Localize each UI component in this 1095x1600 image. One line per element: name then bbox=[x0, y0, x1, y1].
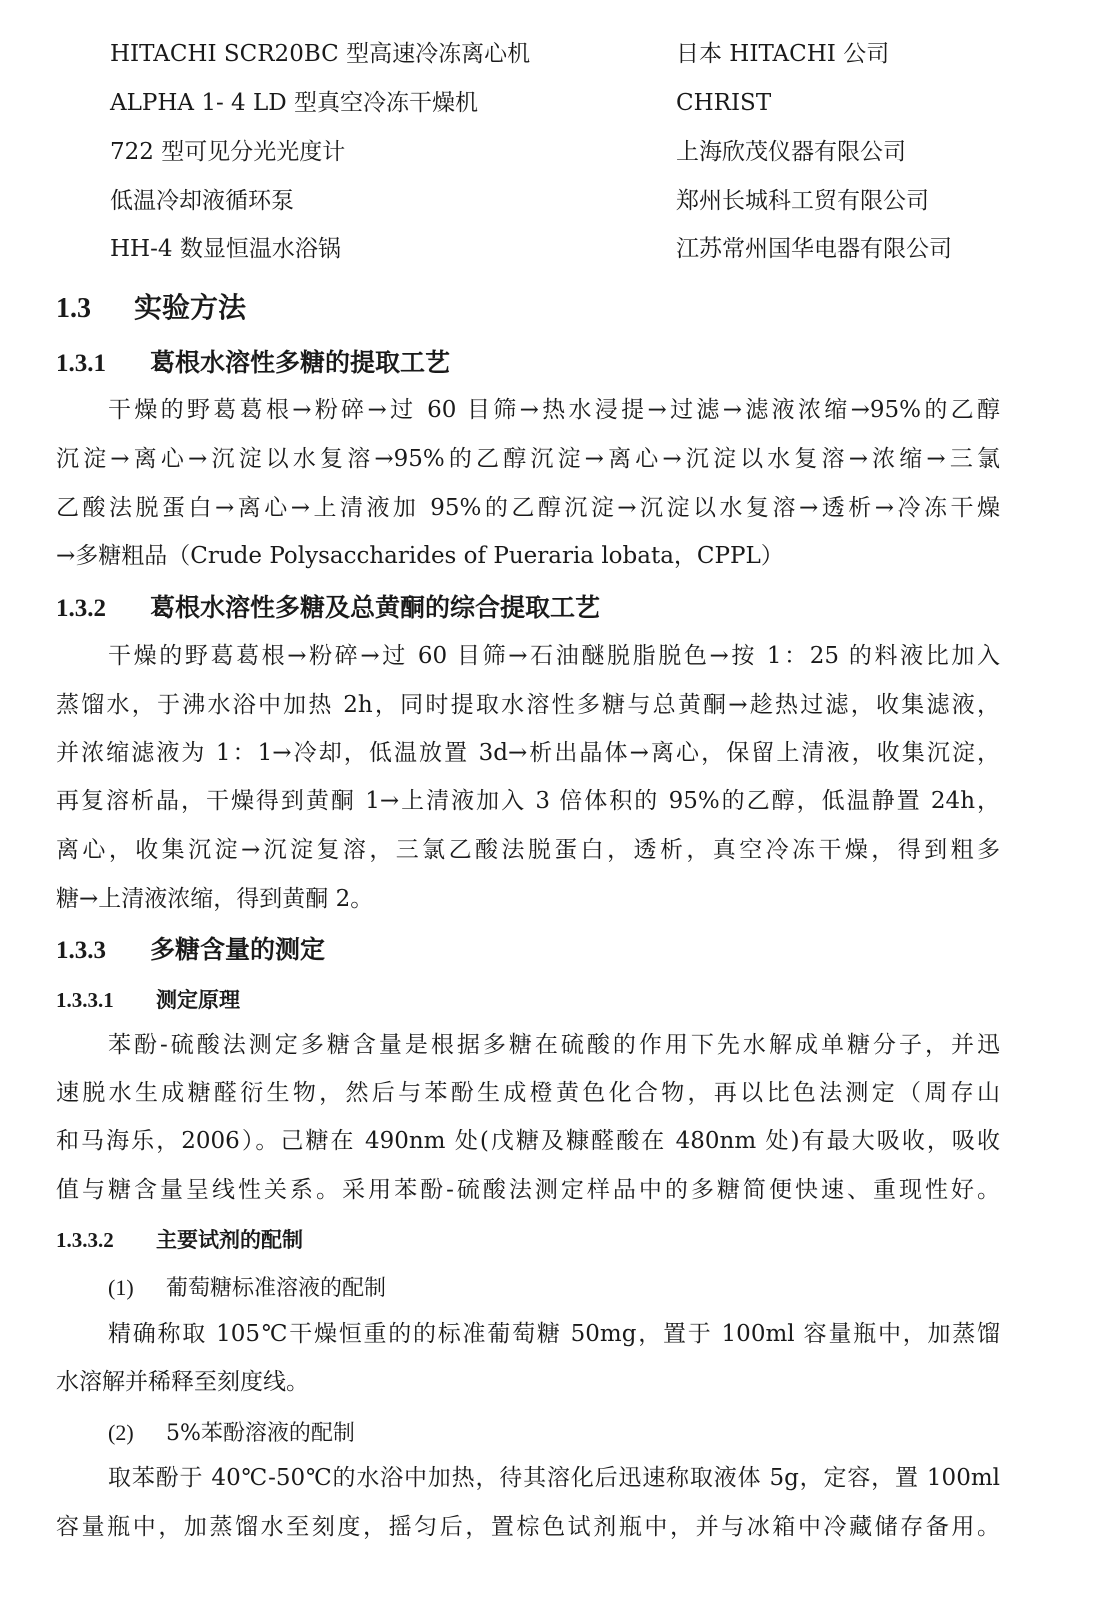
equipment-row: ALPHA 1- 4 LD 型真空冷冻干燥机 CHRIST bbox=[0, 79, 1095, 127]
equipment-maker: 江苏常州国华电器有限公司 bbox=[676, 225, 952, 273]
section-number: 1.3.3 bbox=[56, 937, 150, 965]
paragraph-line: 并浓缩滤液为 1：1→冷却，低温放置 3d→析出晶体→离心，保留上清液，收集沉淀… bbox=[56, 729, 1000, 777]
paragraph-line: 糖→上清液浓缩，得到黄酮 2。 bbox=[56, 875, 1000, 923]
subitem-label: 葡萄糖标准溶液的配制 bbox=[166, 1276, 386, 1301]
equipment-name: 低温冷却液循环泵 bbox=[110, 177, 294, 225]
paragraph-line: 离心，收集沉淀→沉淀复溶，三氯乙酸法脱蛋白，透析，真空冷冻干燥，得到粗多 bbox=[56, 826, 1000, 874]
section-heading-1-3: 1.3实验方法 bbox=[56, 286, 246, 326]
paragraph-line: 再复溶析晶，干燥得到黄酮 1→上清液加入 3 倍体积的 95%的乙醇，低温静置 … bbox=[56, 777, 1000, 825]
equipment-name: ALPHA 1- 4 LD 型真空冷冻干燥机 bbox=[110, 79, 478, 127]
section-heading-1-3-2: 1.3.2葛根水溶性多糖及总黄酮的综合提取工艺 bbox=[56, 588, 600, 624]
subitem-label: 5%苯酚溶液的配制 bbox=[166, 1421, 355, 1446]
equipment-maker: CHRIST bbox=[676, 79, 771, 127]
equipment-row: 低温冷却液循环泵 郑州长城科工贸有限公司 bbox=[0, 177, 1095, 225]
paragraph-line: 和马海乐，2006）。己糖在 490nm 处(戊糖及糠醛酸在 480nm 处)有… bbox=[56, 1117, 1000, 1165]
subitem-title-1: (1)葡萄糖标准溶液的配制 bbox=[108, 1271, 386, 1302]
equipment-name: HH-4 数显恒温水浴锅 bbox=[110, 225, 341, 273]
section-heading-1-3-3: 1.3.3多糖含量的测定 bbox=[56, 930, 325, 966]
section-title: 主要试剂的配制 bbox=[156, 1228, 303, 1252]
equipment-maker: 日本 HITACHI 公司 bbox=[676, 30, 889, 78]
subitem-index: (2) bbox=[108, 1420, 166, 1446]
paragraph-line: 容量瓶中，加蒸馏水至刻度，摇匀后，置棕色试剂瓶中，并与冰箱中冷藏储存备用。 bbox=[56, 1503, 1000, 1551]
paragraph-line: 乙酸法脱蛋白→离心→上清液加 95%的乙醇沉淀→沉淀以水复溶→透析→冷冻干燥 bbox=[56, 484, 1000, 532]
paragraph-line: 精确称取 105℃干燥恒重的的标准葡萄糖 50mg，置于 100ml 容量瓶中，… bbox=[108, 1310, 1000, 1358]
section-number: 1.3 bbox=[56, 293, 134, 325]
section-title: 葛根水溶性多糖的提取工艺 bbox=[150, 348, 450, 377]
section-title: 多糖含量的测定 bbox=[150, 935, 325, 964]
paragraph-line: 苯酚-硫酸法测定多糖含量是根据多糖在硫酸的作用下先水解成单糖分子，并迅 bbox=[108, 1021, 1000, 1069]
paragraph-line: 值与糖含量呈线性关系。采用苯酚-硫酸法测定样品中的多糖简便快速、重现性好。 bbox=[56, 1166, 1000, 1214]
section-title: 实验方法 bbox=[134, 291, 246, 324]
equipment-name: HITACHI SCR20BC 型高速冷冻离心机 bbox=[110, 30, 530, 78]
section-title: 测定原理 bbox=[156, 988, 240, 1012]
paragraph-line: 蒸馏水，于沸水浴中加热 2h，同时提取水溶性多糖与总黄酮→趁热过滤，收集滤液， bbox=[56, 681, 1000, 729]
document-page: HITACHI SCR20BC 型高速冷冻离心机 日本 HITACHI 公司 A… bbox=[0, 0, 1095, 1600]
paragraph-line: 水溶解并稀释至刻度线。 bbox=[56, 1358, 1000, 1406]
equipment-maker: 郑州长城科工贸有限公司 bbox=[676, 177, 929, 225]
paragraph-line: 取苯酚于 40℃-50℃的水浴中加热，待其溶化后迅速称取液体 5g，定容，置 1… bbox=[108, 1454, 1000, 1502]
paragraph-line: →多糖粗品（Crude Polysaccharides of Pueraria … bbox=[56, 532, 1000, 580]
equipment-row: HH-4 数显恒温水浴锅 江苏常州国华电器有限公司 bbox=[0, 225, 1095, 273]
section-heading-1-3-3-1: 1.3.3.1测定原理 bbox=[56, 984, 240, 1014]
equipment-row: HITACHI SCR20BC 型高速冷冻离心机 日本 HITACHI 公司 bbox=[0, 30, 1095, 78]
subitem-index: (1) bbox=[108, 1275, 166, 1301]
section-number: 1.3.2 bbox=[56, 595, 150, 623]
equipment-row: 722 型可见分光光度计 上海欣茂仪器有限公司 bbox=[0, 128, 1095, 176]
section-number: 1.3.3.2 bbox=[56, 1228, 156, 1253]
paragraph-line: 干燥的野葛葛根→粉碎→过 60 目筛→石油醚脱脂脱色→按 1：25 的料液比加入 bbox=[108, 632, 1000, 680]
section-heading-1-3-3-2: 1.3.3.2主要试剂的配制 bbox=[56, 1224, 303, 1254]
paragraph-line: 速脱水生成糖醛衍生物，然后与苯酚生成橙黄色化合物，再以比色法测定（周存山 bbox=[56, 1069, 1000, 1117]
section-title: 葛根水溶性多糖及总黄酮的综合提取工艺 bbox=[150, 593, 600, 622]
equipment-name: 722 型可见分光光度计 bbox=[110, 128, 345, 176]
paragraph-line: 沉淀→离心→沉淀以水复溶→95%的乙醇沉淀→离心→沉淀以水复溶→浓缩→三氯 bbox=[56, 435, 1000, 483]
equipment-maker: 上海欣茂仪器有限公司 bbox=[676, 128, 906, 176]
section-heading-1-3-1: 1.3.1葛根水溶性多糖的提取工艺 bbox=[56, 343, 450, 379]
section-number: 1.3.1 bbox=[56, 350, 150, 378]
paragraph-line: 干燥的野葛葛根→粉碎→过 60 目筛→热水浸提→过滤→滤液浓缩→95%的乙醇 bbox=[108, 386, 1000, 434]
subitem-title-2: (2)5%苯酚溶液的配制 bbox=[108, 1416, 355, 1447]
section-number: 1.3.3.1 bbox=[56, 988, 156, 1013]
